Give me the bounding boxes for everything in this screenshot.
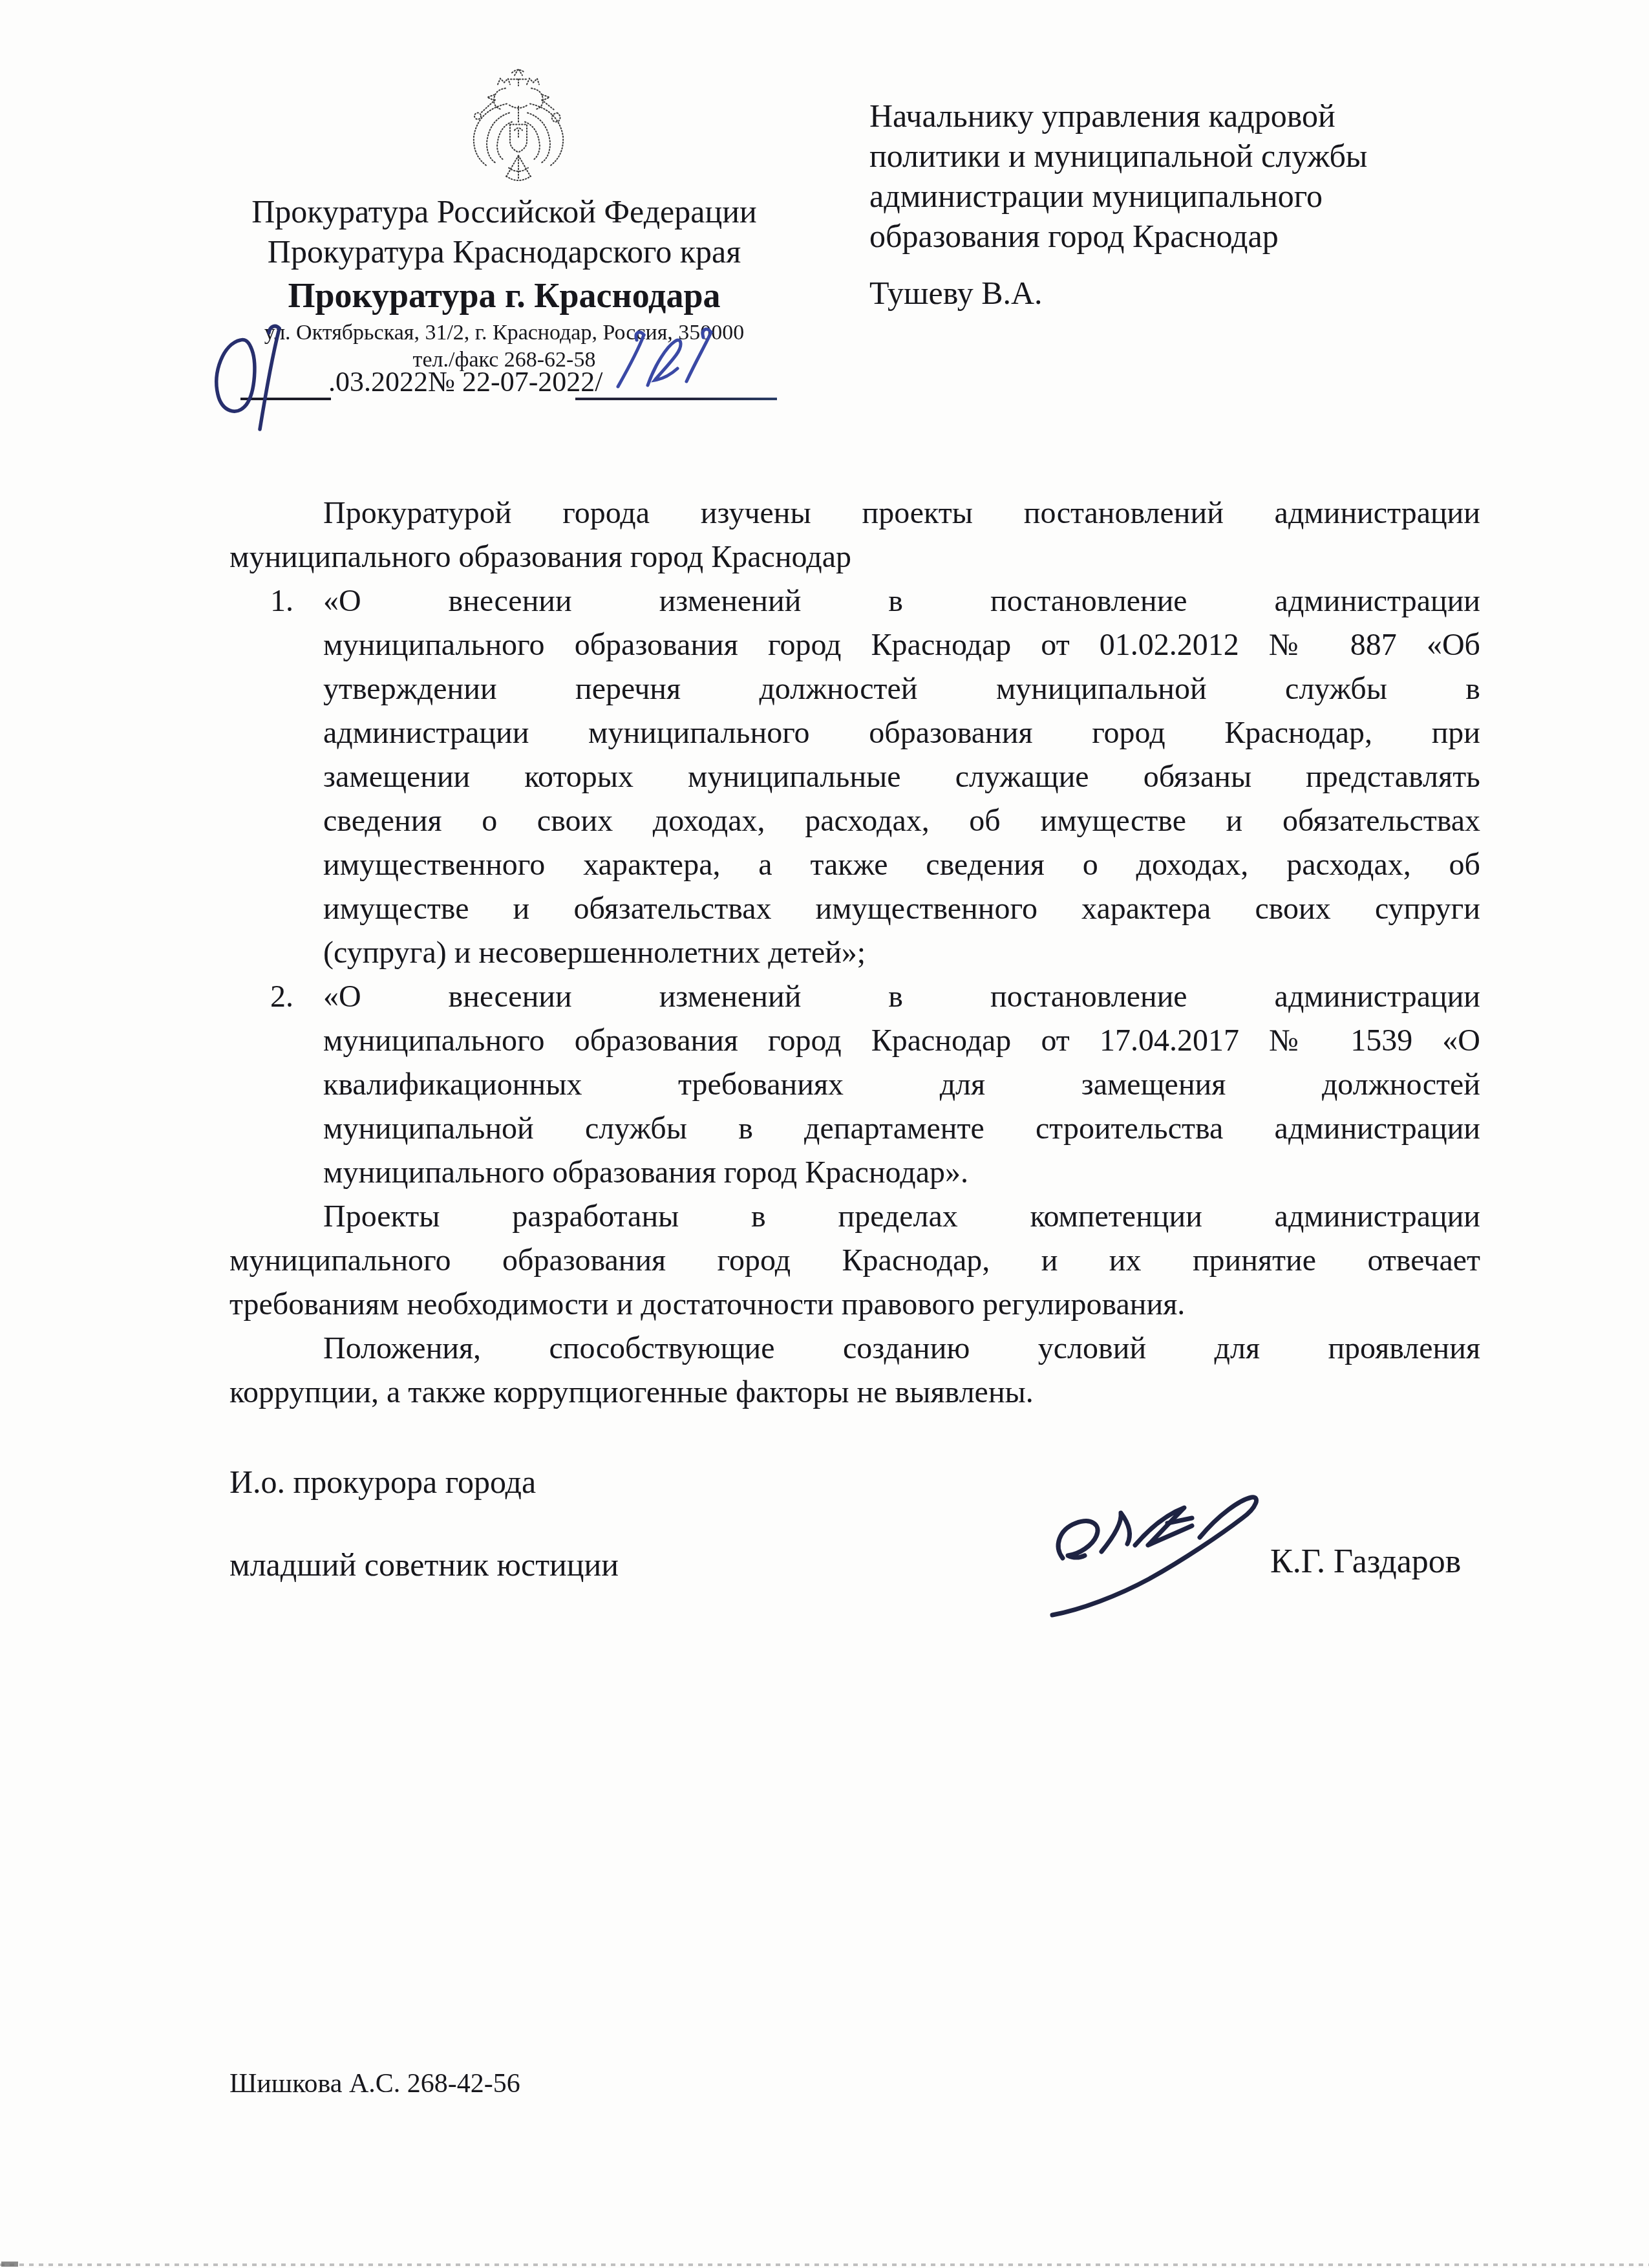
date-number-row: .03.2022№ 22-07-2022/	[213, 336, 808, 446]
signer-position-line1: И.о. прокурора города	[229, 1462, 536, 1501]
list-item-2-number: 2.	[270, 975, 293, 1019]
addressee-line: Начальнику управления кадровой	[869, 96, 1484, 136]
list-item-2-line: квалификационных требованиях для замещен…	[229, 1063, 1480, 1107]
list-item-1-line: замещении которых муниципальные служащие…	[229, 755, 1480, 799]
scan-edge-artifact	[0, 2263, 1649, 2266]
list-item-2-line: муниципального образования город Краснод…	[229, 1151, 1480, 1195]
list-item-2-text: «О внесении изменений в постановление ад…	[323, 979, 1480, 1014]
letter-body: Прокуратурой города изучены проекты пост…	[229, 491, 1480, 1415]
paragraph-line: коррупции, а также коррупциогенные факто…	[229, 1371, 1480, 1415]
scanned-letter-page: Прокуратура Российской Федерации Прокура…	[0, 0, 1649, 2268]
addressee-line: администрации муниципального	[869, 176, 1484, 216]
handwritten-day-mark	[203, 321, 300, 436]
addressee-name: Тушеву В.А.	[869, 273, 1484, 313]
addressee-line: образования город Краснодар	[869, 216, 1484, 256]
paragraph-line: Проекты разработаны в пределах компетенц…	[229, 1195, 1480, 1239]
list-item-1-number: 1.	[270, 579, 293, 623]
handwritten-number-mark	[609, 322, 733, 398]
paragraph-line: требованиям необходимости и достаточност…	[229, 1283, 1480, 1327]
paragraph-line: Прокуратурой города изучены проекты пост…	[229, 491, 1480, 535]
list-item-1-line: 1.«О внесении изменений в постановление …	[229, 579, 1480, 623]
org-region-line: Прокуратура Краснодарского края	[213, 231, 795, 272]
addressee-block: Начальнику управления кадровой политики …	[869, 96, 1484, 313]
paragraph-line: муниципального образования город Краснод…	[229, 1239, 1480, 1283]
signer-name: К.Г. Газдаров	[1270, 1543, 1461, 1581]
russia-coat-of-arms-icon	[460, 63, 577, 196]
executor-contact: Шишкова А.С. 268-42-56	[229, 2068, 520, 2100]
list-item-1-line: имуществе и обязательствах имущественног…	[229, 887, 1480, 931]
handwritten-signature	[1033, 1475, 1267, 1625]
scan-corner-artifact	[1, 2262, 18, 2267]
list-item-2-line: муниципальной службы в департаменте стро…	[229, 1107, 1480, 1151]
list-item-1-line: утверждении перечня должностей муниципал…	[229, 667, 1480, 711]
org-federation-line: Прокуратура Российской Федерации	[213, 191, 795, 231]
paragraph-line: муниципального образования город Краснод…	[229, 535, 1480, 579]
list-item-1-line: имущественного характера, а также сведен…	[229, 843, 1480, 887]
org-city-line: Прокуратура г. Краснодара	[213, 272, 795, 319]
list-item-1-line: (супруга) и несовершеннолетних детей»;	[229, 931, 1480, 975]
list-item-1-line: сведения о своих доходах, расходах, об и…	[229, 799, 1480, 843]
outgoing-number-text: .03.2022№ 22-07-2022/	[328, 365, 603, 399]
addressee-line: политики и муниципальной службы	[869, 136, 1484, 176]
list-item-1-line: администрации муниципального образования…	[229, 711, 1480, 755]
list-item-2-line: 2.«О внесении изменений в постановление …	[229, 975, 1480, 1019]
list-item-2-line: муниципального образования город Краснод…	[229, 1019, 1480, 1063]
list-item-1-text: «О внесении изменений в постановление ад…	[323, 584, 1480, 618]
list-item-1-line: муниципального образования город Краснод…	[229, 623, 1480, 667]
paragraph-line: Положения, способствующие созданию услов…	[229, 1327, 1480, 1371]
signer-position-line2: младший советник юстиции	[229, 1545, 619, 1584]
